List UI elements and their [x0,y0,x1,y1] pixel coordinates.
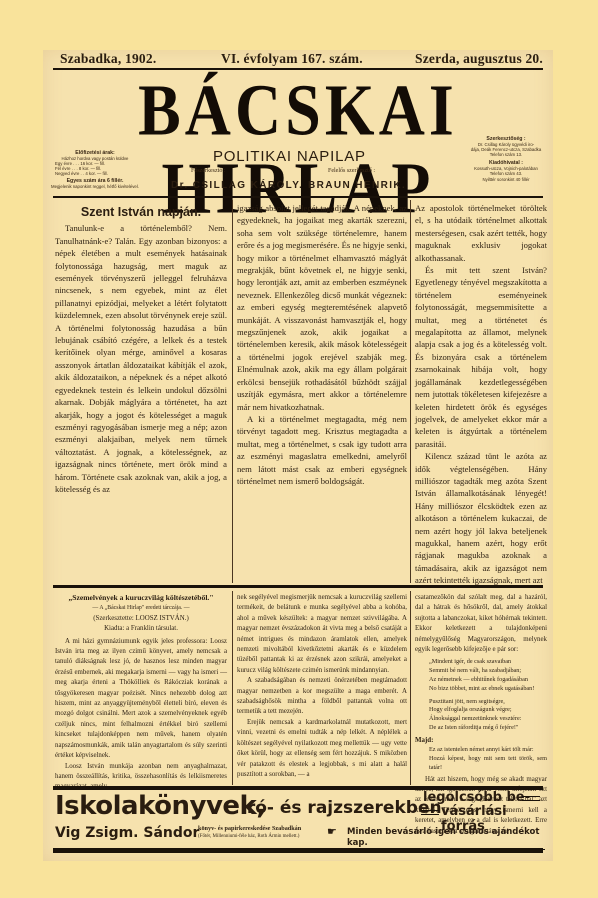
column-divider [232,200,233,583]
verse-line: Álnoksággal nemzetünknek vesztére: [415,715,547,724]
review-paragraph: csatamezőkön dal szólalt meg, dal a hazá… [415,593,547,655]
ad-merchant: Vig Zsigm. Sándor [55,824,199,842]
column-divider [232,591,233,785]
article-paragraph: A ki a történelmet megtagadta, még nem t… [237,413,407,487]
verse-stanza: Ez az istentelen német annyi kárt tölt m… [415,746,547,772]
review-col-1: „Szemelvények a kuruczvilág költészetébő… [55,593,227,793]
verse-intro: Majd: [415,736,547,746]
verse-line: De az Isten ráforditja még ő fejére!" [415,724,547,733]
ad-decor-lines [522,796,540,801]
verse-stanza: Pusztitani jött, nem segitségre, Hogy el… [415,698,547,733]
review-title: „Szemelvények a kuruczvilág költészetébő… [55,593,227,603]
publishing-office-line: Telefon szám 43. [463,171,549,176]
article-col-1: Szent István napján. Tanulunk-e a történ… [55,206,227,495]
subscription-box: Előfizetési árak: Házhoz hordva vagy pos… [49,150,141,189]
dateline-volume-issue: VI. évfolyam 167. szám. [221,51,363,67]
article-col-2: igazság absolut jellegét tagadják. A nép… [237,202,407,487]
editor-in-chief-name: Dr. CSILLAG KÁROLY. [171,180,303,191]
editorial-office-box: Szerkesztőség : Dr. Csillag Károly ügyvé… [463,136,549,182]
dateline-rule [53,68,543,70]
verse-line: Hozzá képest, hogy mit sem tett török, s… [415,755,547,773]
ad-headline-rest: iró- és rajzszerekben [241,796,442,820]
dateline-day-date: Szerda, augusztus 20. [415,51,543,67]
subscription-row: Negyed évre . . 4 kor. — fill. [55,171,141,176]
review-paragraph: Erejük nemcsak a kardmarkolatnál mutatko… [237,718,407,780]
publication-schedule: Megjelenik naponkint reggel, hétfő kivét… [49,184,141,189]
responsible-editor-label: Felelős szerkesztő : [328,168,375,174]
ad-shop-address: (Főtér, Millenniumi-féle ház, Roth Ármin… [198,834,299,839]
review-publisher: Kiadta: a Franklin társulat. [55,624,227,634]
article-paragraph: Az apostolok történelmeket töröltek el, … [415,202,547,264]
verse-line: Semmit bé nem vált, ha szabadjában; [415,667,547,676]
verse-line: Az németnek — ebhitűnek fogadásában [415,676,547,685]
responsible-editor-name: BRAUN HENRIK. [308,180,406,191]
review-subtitle: — A „Bácskai Hirlap" eredeti tárczája. — [55,603,227,613]
ad-side-top: legolcsóbb be- [423,790,530,805]
verse-line: No bizz többet, mint az ebnek ugatásában… [415,685,547,694]
ad-headline: Iskolakönyvek, [55,790,266,822]
ad-decor-lines [421,810,439,815]
review-paragraph: A szabadságában és nemzeti önérzetében m… [237,676,407,718]
article-paragraph: Kilencz század tünt le azóta az idők vég… [415,450,547,586]
review-paragraph: nek segélyével megismerjük nemcsak a kur… [237,593,407,676]
pointing-hand-icon: ☛ [327,826,337,838]
article-headline: Szent István napján. [55,206,227,218]
verse-line: „Mindent igér, de csak szavaiban [415,658,547,667]
ad-shop-desc: könyv- és papirkereskedése Szabadkán [198,825,301,832]
editorial-office-line: Telefon szám 13. [463,152,549,157]
review-paragraph: A mi házi gymnáziumunk egyik jeles profe… [55,637,227,762]
review-col-2: nek segélyével megismerjük nemcsak a kur… [237,593,407,780]
column-divider [410,591,411,785]
verse-line: Hogy elfoglalja országunk végre; [415,706,547,715]
masthead-subtitle: POLITIKAI NAPILAP [213,148,366,165]
article-paragraph: igazság absolut jellegét tagadják. A nép… [237,202,407,413]
dateline-place-year: Szabadka, 1902. [60,51,156,67]
editor-in-chief-label: Főszerkesztő : [191,168,226,174]
article-paragraph: Tanulunk-e a történelemből? Nem. Tanulha… [55,222,227,495]
page-bottom-rule [53,848,543,853]
column-divider [410,200,411,583]
verse-stanza: „Mindent igér, de csak szavaiban Semmit … [415,658,547,693]
article-col-3: Az apostolok történelmeket töröltek el, … [415,202,547,587]
feuilleton-rule [53,585,543,588]
article-paragraph: És mit tett szent István? Egyetlenegy té… [415,264,547,450]
verse-line: Ez az istentelen német annyi kárt tölt m… [415,746,547,755]
newspaper-page: Szabadka, 1902. VI. évfolyam 167. szám. … [43,50,553,861]
verse-line: Pusztitani jött, nem segitségre, [415,698,547,707]
advertisement: Iskolakönyvek, iró- és rajzszerekben leg… [55,790,545,856]
review-editor: (Szerkesztette: LOOSZ ISTVÁN.) [55,614,227,624]
advert-rate: Nyilttér soronkint 40 fillér [463,177,549,182]
ad-promo: Minden bevásárló igen csinos ajándékot k… [347,827,545,850]
header-bottom-rule [53,196,543,198]
